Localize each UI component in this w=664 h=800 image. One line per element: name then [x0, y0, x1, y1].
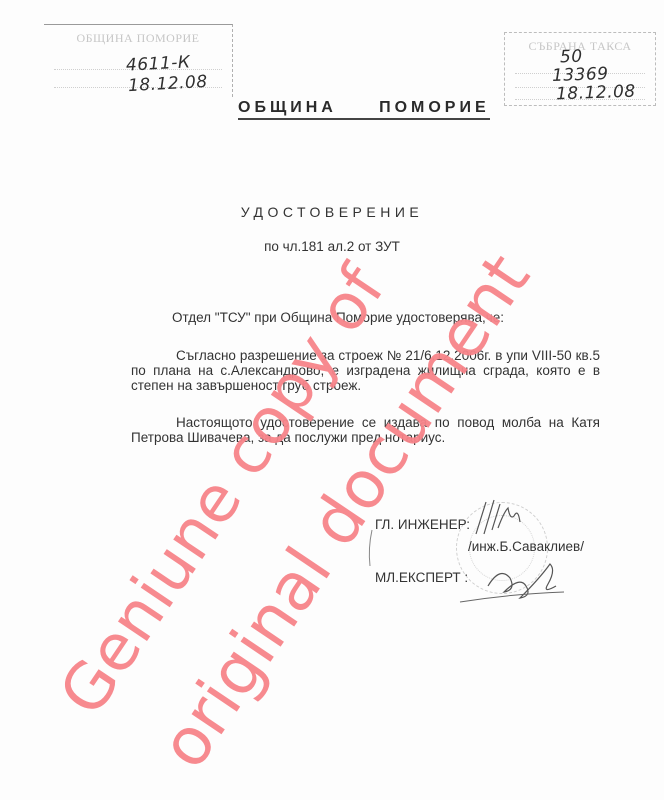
- document-title: УДОСТОВЕРЕНИЕ: [0, 204, 664, 220]
- body-paragraph-intro: Отдел "ТСУ" при Община Поморие удостовер…: [172, 310, 504, 325]
- registration-date: 18.12.08: [128, 72, 209, 96]
- document-subtitle: по чл.181 ал.2 от ЗУТ: [0, 239, 664, 254]
- junior-expert-label: МЛ.ЕКСПЕРТ :: [375, 570, 468, 585]
- registration-stamp-title: ОБЩИНА ПОМОРИЕ: [44, 31, 232, 46]
- watermark-line-1: Geniune copy of: [50, 256, 396, 725]
- junior-expert-signature: [460, 556, 570, 606]
- chief-engineer-label: ГЛ. ИНЖЕНЕР:: [375, 517, 470, 532]
- body-paragraph-permit-text: Съгласно разрешение за строеж № 21/6.12.…: [131, 348, 600, 393]
- chief-engineer-signature: [470, 498, 530, 538]
- chief-engineer-name: /инж.Б.Саваклиев/: [468, 539, 584, 554]
- body-paragraph-purpose-text: Настоящото удостоверение се издава по по…: [131, 415, 600, 445]
- body-paragraph-purpose: Настоящото удостоверение се издава по по…: [131, 415, 600, 445]
- scanned-document-page: ОБЩИНА ПОМОРИЕ 4611-К 18.12.08 СЪБРАНА Т…: [0, 0, 664, 800]
- body-paragraph-permit: Съгласно разрешение за строеж № 21/6.12.…: [131, 348, 600, 393]
- registration-number: 4611-К: [126, 52, 191, 75]
- organization-title: ОБЩИНА ПОМОРИЕ: [238, 99, 490, 120]
- fee-date: 18.12.08: [556, 82, 636, 105]
- margin-mark: [366, 528, 376, 568]
